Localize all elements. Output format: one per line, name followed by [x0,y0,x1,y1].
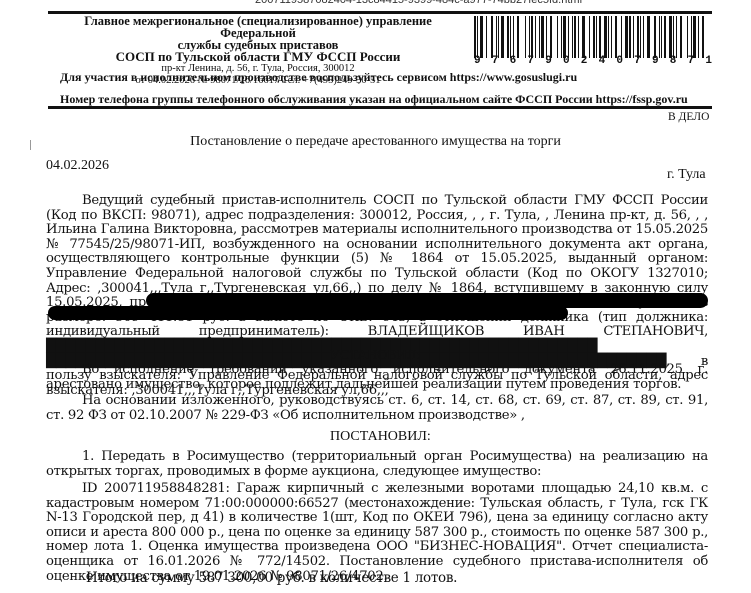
resolved-heading: ПОСТАНОВИЛ: [330,429,431,445]
document-date: 04.02.2026 [46,158,109,174]
barcode-digit: 0 [563,55,570,67]
v-delo-mark: В ДЕЛО [668,111,709,123]
barcode-digit: 9 [474,55,481,67]
phone-notice: Номер телефона группы телефонного обслуж… [60,92,688,107]
header-rule-bottom [48,106,712,109]
barcode-digit: 8 [670,55,677,67]
org-line-1: Главное межрегиональное (специализирован… [48,15,468,39]
barcode-icon [474,16,709,58]
redaction-bar [48,306,568,320]
barcode-digit: 7 [688,55,695,67]
barcode-digit: 2 [581,55,588,67]
property-paragraph: ID 200711958848281: Гараж кирпичный с же… [46,482,708,584]
barcode-digit: 7 [634,55,641,67]
barcode-digit: 7 [527,55,534,67]
item-1-paragraph: 1. Передать в Росимущество (территориаль… [46,450,708,479]
total-line: Итого на сумму 587 300,00 руб. в количес… [86,570,457,586]
basis-paragraph: На основании изложенного, руководствуясь… [46,394,708,423]
barcode-digit: 6 [510,55,517,67]
barcode-digit: 9 [545,55,552,67]
barcode-digit: 9 [652,55,659,67]
source-url: 2007119587082404-13c84415-9399-484c-a977… [255,0,582,6]
document-city: г. Тула [667,167,706,183]
gosuslugi-notice: Для участия в исполнительном производств… [60,70,577,85]
barcode-digit: 4 [599,55,606,67]
barcode-digit: 1 [705,55,712,67]
barcode-digit: 7 [492,55,499,67]
barcode-number: 97679024079871 [474,55,712,67]
document-title: Постановление о передаче арестованного и… [0,134,751,150]
established-paragraph: Во исполнение требований указанного испо… [46,363,708,392]
barcode-digit: 0 [616,55,623,67]
department-name: СОСП по Тульской области ГМУ ФССП России [48,51,468,63]
